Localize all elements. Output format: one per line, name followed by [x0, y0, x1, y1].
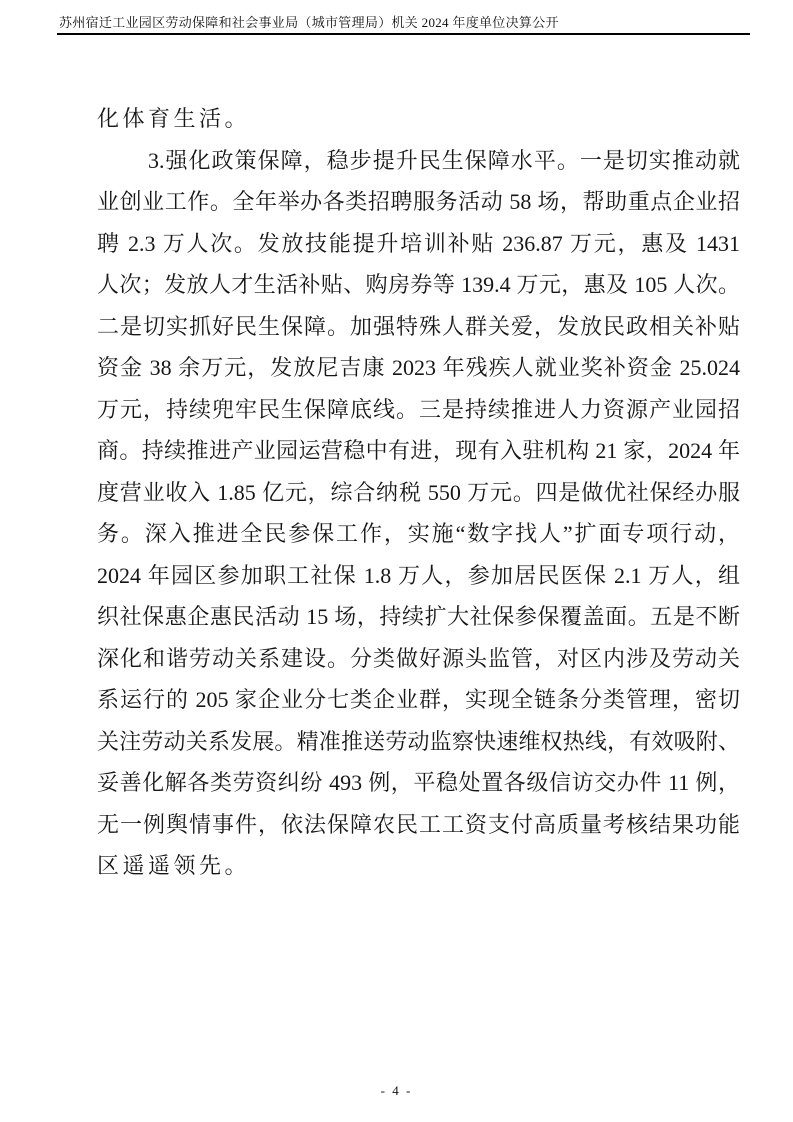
body-line: 务。深入推进全民参保工作，实施“数字找人”扩面专项行动，: [97, 513, 740, 555]
body-line: 系运行的 205 家企业分七类企业群，实现全链条分类管理，密切: [97, 679, 740, 721]
body-line: 3.强化政策保障，稳步提升民生保障水平。一是切实推动就: [97, 140, 740, 182]
body-line: 人次；发放人才生活补贴、购房券等 139.4 万元，惠及 105 人次。: [97, 264, 740, 306]
body-line: 业创业工作。全年举办各类招聘服务活动 58 场，帮助重点企业招: [97, 181, 740, 223]
body-line: 度营业收入 1.85 亿元，综合纳税 550 万元。四是做优社保经办服: [97, 472, 740, 514]
body-line: 区遥遥领先。: [97, 845, 740, 887]
page-number: - 4 -: [381, 1083, 413, 1098]
header-rule: [57, 33, 750, 35]
body-line: 化体育生活。: [97, 98, 740, 140]
body-line: 深化和谐劳动关系建设。分类做好源头监管，对区内涉及劳动关: [97, 638, 740, 680]
body-line: 2024 年园区参加职工社保 1.8 万人，参加居民医保 2.1 万人，组: [97, 555, 740, 597]
body-line: 聘 2.3 万人次。发放技能提升培训补贴 236.87 万元，惠及 1431: [97, 223, 740, 265]
body-line: 商。持续推进产业园运营稳中有进，现有入驻机构 21 家，2024 年: [97, 430, 740, 472]
body-line: 织社保惠企惠民活动 15 场，持续扩大社保参保覆盖面。五是不断: [97, 596, 740, 638]
body-line: 二是切实抓好民生保障。加强特殊人群关爱，发放民政相关补贴: [97, 306, 740, 348]
body-line: 妥善化解各类劳资纠纷 493 例，平稳处置各级信访交办件 11 例，: [97, 762, 740, 804]
body-line: 资金 38 余万元，发放尼吉康 2023 年残疾人就业奖补资金 25.024: [97, 347, 740, 389]
document-body: 化体育生活。 3.强化政策保障，稳步提升民生保障水平。一是切实推动就 业创业工作…: [97, 98, 740, 887]
header-title: 苏州宿迁工业园区劳动保障和社会事业局（城市管理局）机关 2024 年度单位决算公…: [59, 15, 759, 31]
body-line: 无一例舆情事件，依法保障农民工工资支付高质量考核结果功能: [97, 804, 740, 846]
document-page: 苏州宿迁工业园区劳动保障和社会事业局（城市管理局）机关 2024 年度单位决算公…: [0, 0, 793, 1122]
body-line: 关注劳动关系发展。精准推送劳动监察快速维权热线，有效吸附、: [97, 721, 740, 763]
body-line: 万元，持续兜牢民生保障底线。三是持续推进人力资源产业园招: [97, 389, 740, 431]
footer: - 4 -: [0, 1082, 793, 1100]
